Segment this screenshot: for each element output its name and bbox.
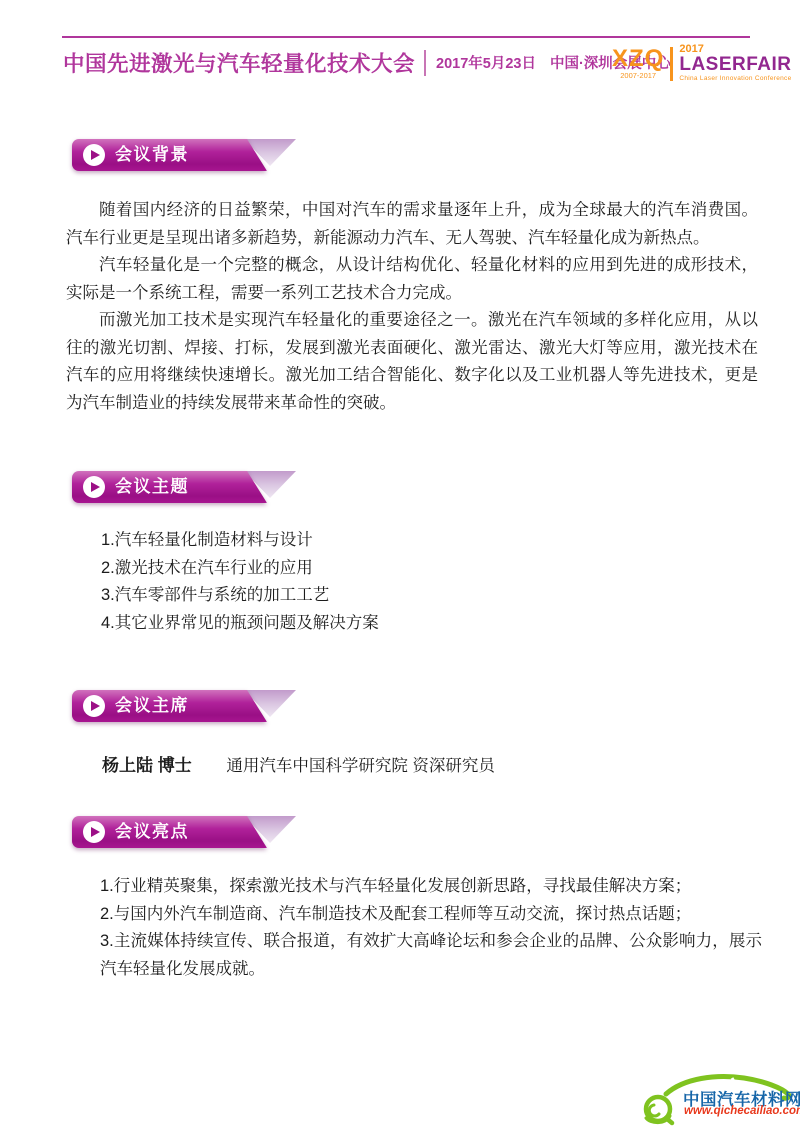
section-header-chair: 会议主席 — [72, 690, 302, 722]
conference-date: 2017年5月23日 — [436, 52, 536, 73]
topic-item: 1.汽车轻量化制造材料与设计 — [101, 527, 379, 555]
header-rule — [62, 36, 750, 38]
qichecailiao-logo: 中国汽车材料网 www.qichecailiao.com — [636, 1072, 796, 1126]
section-header-highlights: 会议亮点 — [72, 816, 302, 848]
play-circle-icon — [83, 695, 105, 717]
logo-tagline-text: China Laser Innovation Conference — [679, 75, 791, 83]
flyer-page: 中国先进激光与汽车轻量化技术大会 2017年5月23日 中国·深圳会展中心 XZ… — [0, 0, 800, 1130]
background-paragraph: 而激光加工技术是实现汽车轻量化的重要途径之一。激光在汽车领域的多样化应用，从以往… — [66, 307, 758, 417]
background-paragraph: 汽车轻量化是一个完整的概念，从设计结构优化、轻量化材料的应用到先进的成形技术，实… — [66, 252, 758, 307]
topics-list: 1.汽车轻量化制造材料与设计 2.激光技术在汽车行业的应用 3.汽车零部件与系统… — [101, 527, 379, 637]
section-title: 会议背景 — [115, 139, 189, 171]
laserfair-logo: XZQ 2007-2017 2017 LASERFAIR China Laser… — [612, 44, 792, 83]
conference-title: 中国先进激光与汽车轻量化技术大会 — [63, 47, 415, 78]
topic-item: 4.其它业界常见的瓶颈问题及解决方案 — [101, 610, 379, 638]
highlight-item: 1.行业精英聚集，探索激光技术与汽车轻量化发展创新思路，寻找最佳解决方案； — [100, 873, 762, 901]
section-header-topics: 会议主题 — [72, 471, 302, 503]
chair-affiliation: 通用汽车中国科学研究院 资深研究员 — [226, 757, 495, 775]
play-circle-icon — [83, 821, 105, 843]
section-title: 会议主题 — [115, 471, 189, 503]
highlight-item: 3.主流媒体持续宣传、联合报道，有效扩大高峰论坛和参会企业的品牌、公众影响力，展… — [100, 928, 762, 983]
logo-divider — [670, 47, 673, 81]
background-paragraph: 随着国内经济的日益繁荣，中国对汽车的需求量逐年上升，成为全球最大的汽车消费国。汽… — [66, 197, 758, 252]
logo-xzq-text: XZQ — [612, 47, 664, 71]
play-circle-icon — [83, 144, 105, 166]
highlights-list: 1.行业精英聚集，探索激光技术与汽车轻量化发展创新思路，寻找最佳解决方案； 2.… — [100, 873, 762, 983]
background-paragraphs: 随着国内经济的日益繁荣，中国对汽车的需求量逐年上升，成为全球最大的汽车消费国。汽… — [66, 197, 758, 417]
laserfair-logo-right: 2017 LASERFAIR China Laser Innovation Co… — [679, 44, 791, 83]
section-header-background: 会议背景 — [72, 139, 302, 171]
topic-item: 2.激光技术在汽车行业的应用 — [101, 555, 379, 583]
play-circle-icon — [83, 476, 105, 498]
section-title: 会议主席 — [115, 690, 189, 722]
header: 中国先进激光与汽车轻量化技术大会 2017年5月23日 中国·深圳会展中心 — [63, 47, 671, 78]
topic-item: 3.汽车零部件与系统的加工工艺 — [101, 582, 379, 610]
title-separator — [424, 50, 426, 76]
laserfair-logo-left: XZQ 2007-2017 — [612, 47, 664, 80]
section-title: 会议亮点 — [115, 816, 189, 848]
logo-years-text: 2007-2017 — [620, 71, 656, 80]
logo-laserfair-text: LASERFAIR — [679, 55, 791, 75]
site-url-text: www.qichecailiao.com — [684, 1105, 800, 1117]
highlight-item: 2.与国内外汽车制造商、汽车制造技术及配套工程师等互动交流，探讨热点话题； — [100, 901, 762, 929]
chair-name: 杨上陆 博士 — [102, 756, 192, 775]
chair-line: 杨上陆 博士 通用汽车中国科学研究院 资深研究员 — [102, 751, 495, 776]
